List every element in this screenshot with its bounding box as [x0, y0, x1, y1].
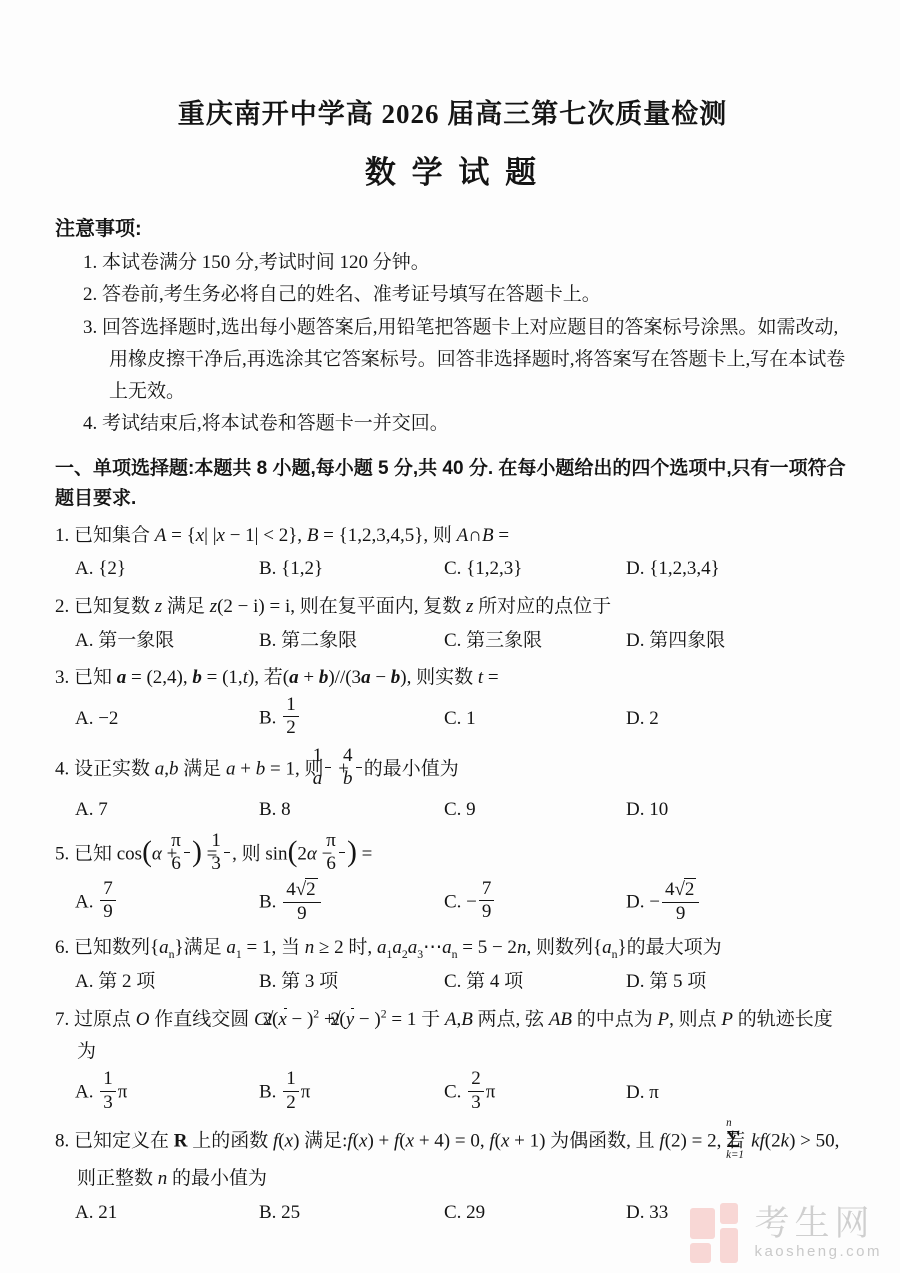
question-6-option-a: A. 第 2 项 — [75, 966, 259, 999]
question-8-stem: 8. 已知定义在 R 上的函数 f(x) 满足:f(x) + f(x + 4) … — [55, 1121, 850, 1196]
question-4: 4. 设正实数 a,b 满足 a + b = 1, 则1a + 4b的最小值为 … — [55, 747, 850, 827]
notice-item-1: 1. 本试卷满分 150 分,考试时间 120 分钟。 — [83, 247, 850, 279]
question-3-stem: 3. 已知 a = (2,4), b = (1,t), 若(a + b)//(3… — [55, 662, 850, 695]
question-2-options: A. 第一象限 B. 第二象限 C. 第三象限 D. 第四象限 — [55, 625, 850, 658]
question-1-option-d: D. {1,2,3,4} — [626, 553, 850, 586]
question-3-option-c: C. 1 — [444, 703, 626, 736]
question-7-option-b: B. 12π — [259, 1070, 444, 1116]
question-1-stem: 1. 已知集合 A = {x| |x − 1| < 2}, B = {1,2,3… — [55, 520, 850, 553]
question-7-stem: 7. 过原点 O 作直线交圆 C:(x − √2)2 + (y − √2)2 =… — [55, 1004, 850, 1069]
question-6-option-d: D. 第 5 项 — [626, 966, 850, 999]
kaosheng-watermark: 考生网 kaosheng.com — [690, 1203, 882, 1263]
question-4-stem: 4. 设正实数 a,b 满足 a + b = 1, 则1a + 4b的最小值为 — [55, 747, 850, 793]
question-5-options: A. 79 B. 4√29 C. −79 D. −4√29 — [55, 879, 850, 927]
question-3-options: A. −2 B. 12 C. 1 D. 2 — [55, 696, 850, 742]
notice-item-3: 3. 回答选择题时,选出每小题答案后,用铅笔把答题卡上对应题目的答案标号涂黑。如… — [83, 312, 850, 409]
question-2-option-d: D. 第四象限 — [626, 625, 850, 658]
notice-items: 1. 本试卷满分 150 分,考试时间 120 分钟。 2. 答卷前,考生务必将… — [55, 247, 850, 441]
question-6: 6. 已知数列{an}满足 a1 = 1, 当 n ≥ 2 时, a1a2a3⋯… — [55, 932, 850, 999]
question-1: 1. 已知集合 A = {x| |x − 1| < 2}, B = {1,2,3… — [55, 520, 850, 586]
question-6-stem: 6. 已知数列{an}满足 a1 = 1, 当 n ≥ 2 时, a1a2a3⋯… — [55, 932, 850, 965]
exam-paper-page: 重庆南开中学高 2026 届高三第七次质量检测 数 学 试 题 注意事项: 1.… — [0, 0, 900, 1273]
question-2-option-a: A. 第一象限 — [75, 625, 259, 658]
question-4-options: A. 7 B. 8 C. 9 D. 10 — [55, 794, 850, 827]
watermark-site-name: 考生网 — [754, 1206, 882, 1241]
watermark-text: 考生网 kaosheng.com — [754, 1206, 882, 1260]
question-4-option-b: B. 8 — [259, 794, 444, 827]
section-heading-single-choice: 一、单项选择题:本题共 8 小题,每小题 5 分,共 40 分. 在每小题给出的… — [55, 454, 850, 515]
question-4-option-a: A. 7 — [75, 794, 259, 827]
question-1-options: A. {2} B. {1,2} C. {1,2,3} D. {1,2,3,4} — [55, 553, 850, 586]
question-2-option-b: B. 第二象限 — [259, 625, 444, 658]
question-1-option-b: B. {1,2} — [259, 553, 444, 586]
question-2-option-c: C. 第三象限 — [444, 625, 626, 658]
notice-item-4: 4. 考试结束后,将本试卷和答题卡一并交回。 — [83, 408, 850, 440]
question-5-option-a: A. 79 — [75, 880, 259, 926]
question-6-option-b: B. 第 3 项 — [259, 966, 444, 999]
question-3-option-d: D. 2 — [626, 703, 850, 736]
question-7-option-c: C. 23π — [444, 1070, 626, 1116]
question-8-option-b: B. 25 — [259, 1197, 444, 1230]
question-1-option-a: A. {2} — [75, 553, 259, 586]
question-2-stem: 2. 已知复数 z 满足 z(2 − i) = i, 则在复平面内, 复数 z … — [55, 591, 850, 624]
page-content: 重庆南开中学高 2026 届高三第七次质量检测 数 学 试 题 注意事项: 1.… — [0, 0, 900, 1229]
question-5: 5. 已知 cos(α + π6) = 13, 则 sin(2α − π6) =… — [55, 832, 850, 927]
exam-title: 重庆南开中学高 2026 届高三第七次质量检测 — [55, 0, 850, 131]
question-6-option-c: C. 第 4 项 — [444, 966, 626, 999]
notice-heading: 注意事项: — [55, 212, 850, 241]
question-7: 7. 过原点 O 作直线交圆 C:(x − √2)2 + (y − √2)2 =… — [55, 1004, 850, 1116]
question-4-option-d: D. 10 — [626, 794, 850, 827]
notice-item-2: 2. 答卷前,考生务必将自己的姓名、准考证号填写在答题卡上。 — [83, 279, 850, 311]
question-7-option-d: D. π — [626, 1077, 850, 1110]
question-1-option-c: C. {1,2,3} — [444, 553, 626, 586]
question-6-options: A. 第 2 项 B. 第 3 项 C. 第 4 项 D. 第 5 项 — [55, 966, 850, 999]
question-5-option-c: C. −79 — [444, 880, 626, 926]
question-5-option-b: B. 4√29 — [259, 879, 444, 927]
question-5-stem: 5. 已知 cos(α + π6) = 13, 则 sin(2α − π6) = — [55, 832, 850, 878]
question-4-option-c: C. 9 — [444, 794, 626, 827]
question-5-option-d: D. −4√29 — [626, 879, 850, 927]
kaosheng-logo-icon — [690, 1203, 746, 1263]
watermark-site-url: kaosheng.com — [754, 1243, 882, 1260]
question-3: 3. 已知 a = (2,4), b = (1,t), 若(a + b)//(3… — [55, 662, 850, 742]
notice-section: 注意事项: 1. 本试卷满分 150 分,考试时间 120 分钟。 2. 答卷前… — [55, 212, 850, 441]
question-3-option-a: A. −2 — [75, 703, 259, 736]
paper-subject-title: 数 学 试 题 — [55, 147, 850, 192]
question-8-option-a: A. 21 — [75, 1197, 259, 1230]
question-2: 2. 已知复数 z 满足 z(2 − i) = i, 则在复平面内, 复数 z … — [55, 591, 850, 657]
question-7-options: A. 13π B. 12π C. 23π D. π — [55, 1070, 850, 1116]
question-8-option-c: C. 29 — [444, 1197, 626, 1230]
question-3-option-b: B. 12 — [259, 696, 444, 742]
question-7-option-a: A. 13π — [75, 1070, 259, 1116]
